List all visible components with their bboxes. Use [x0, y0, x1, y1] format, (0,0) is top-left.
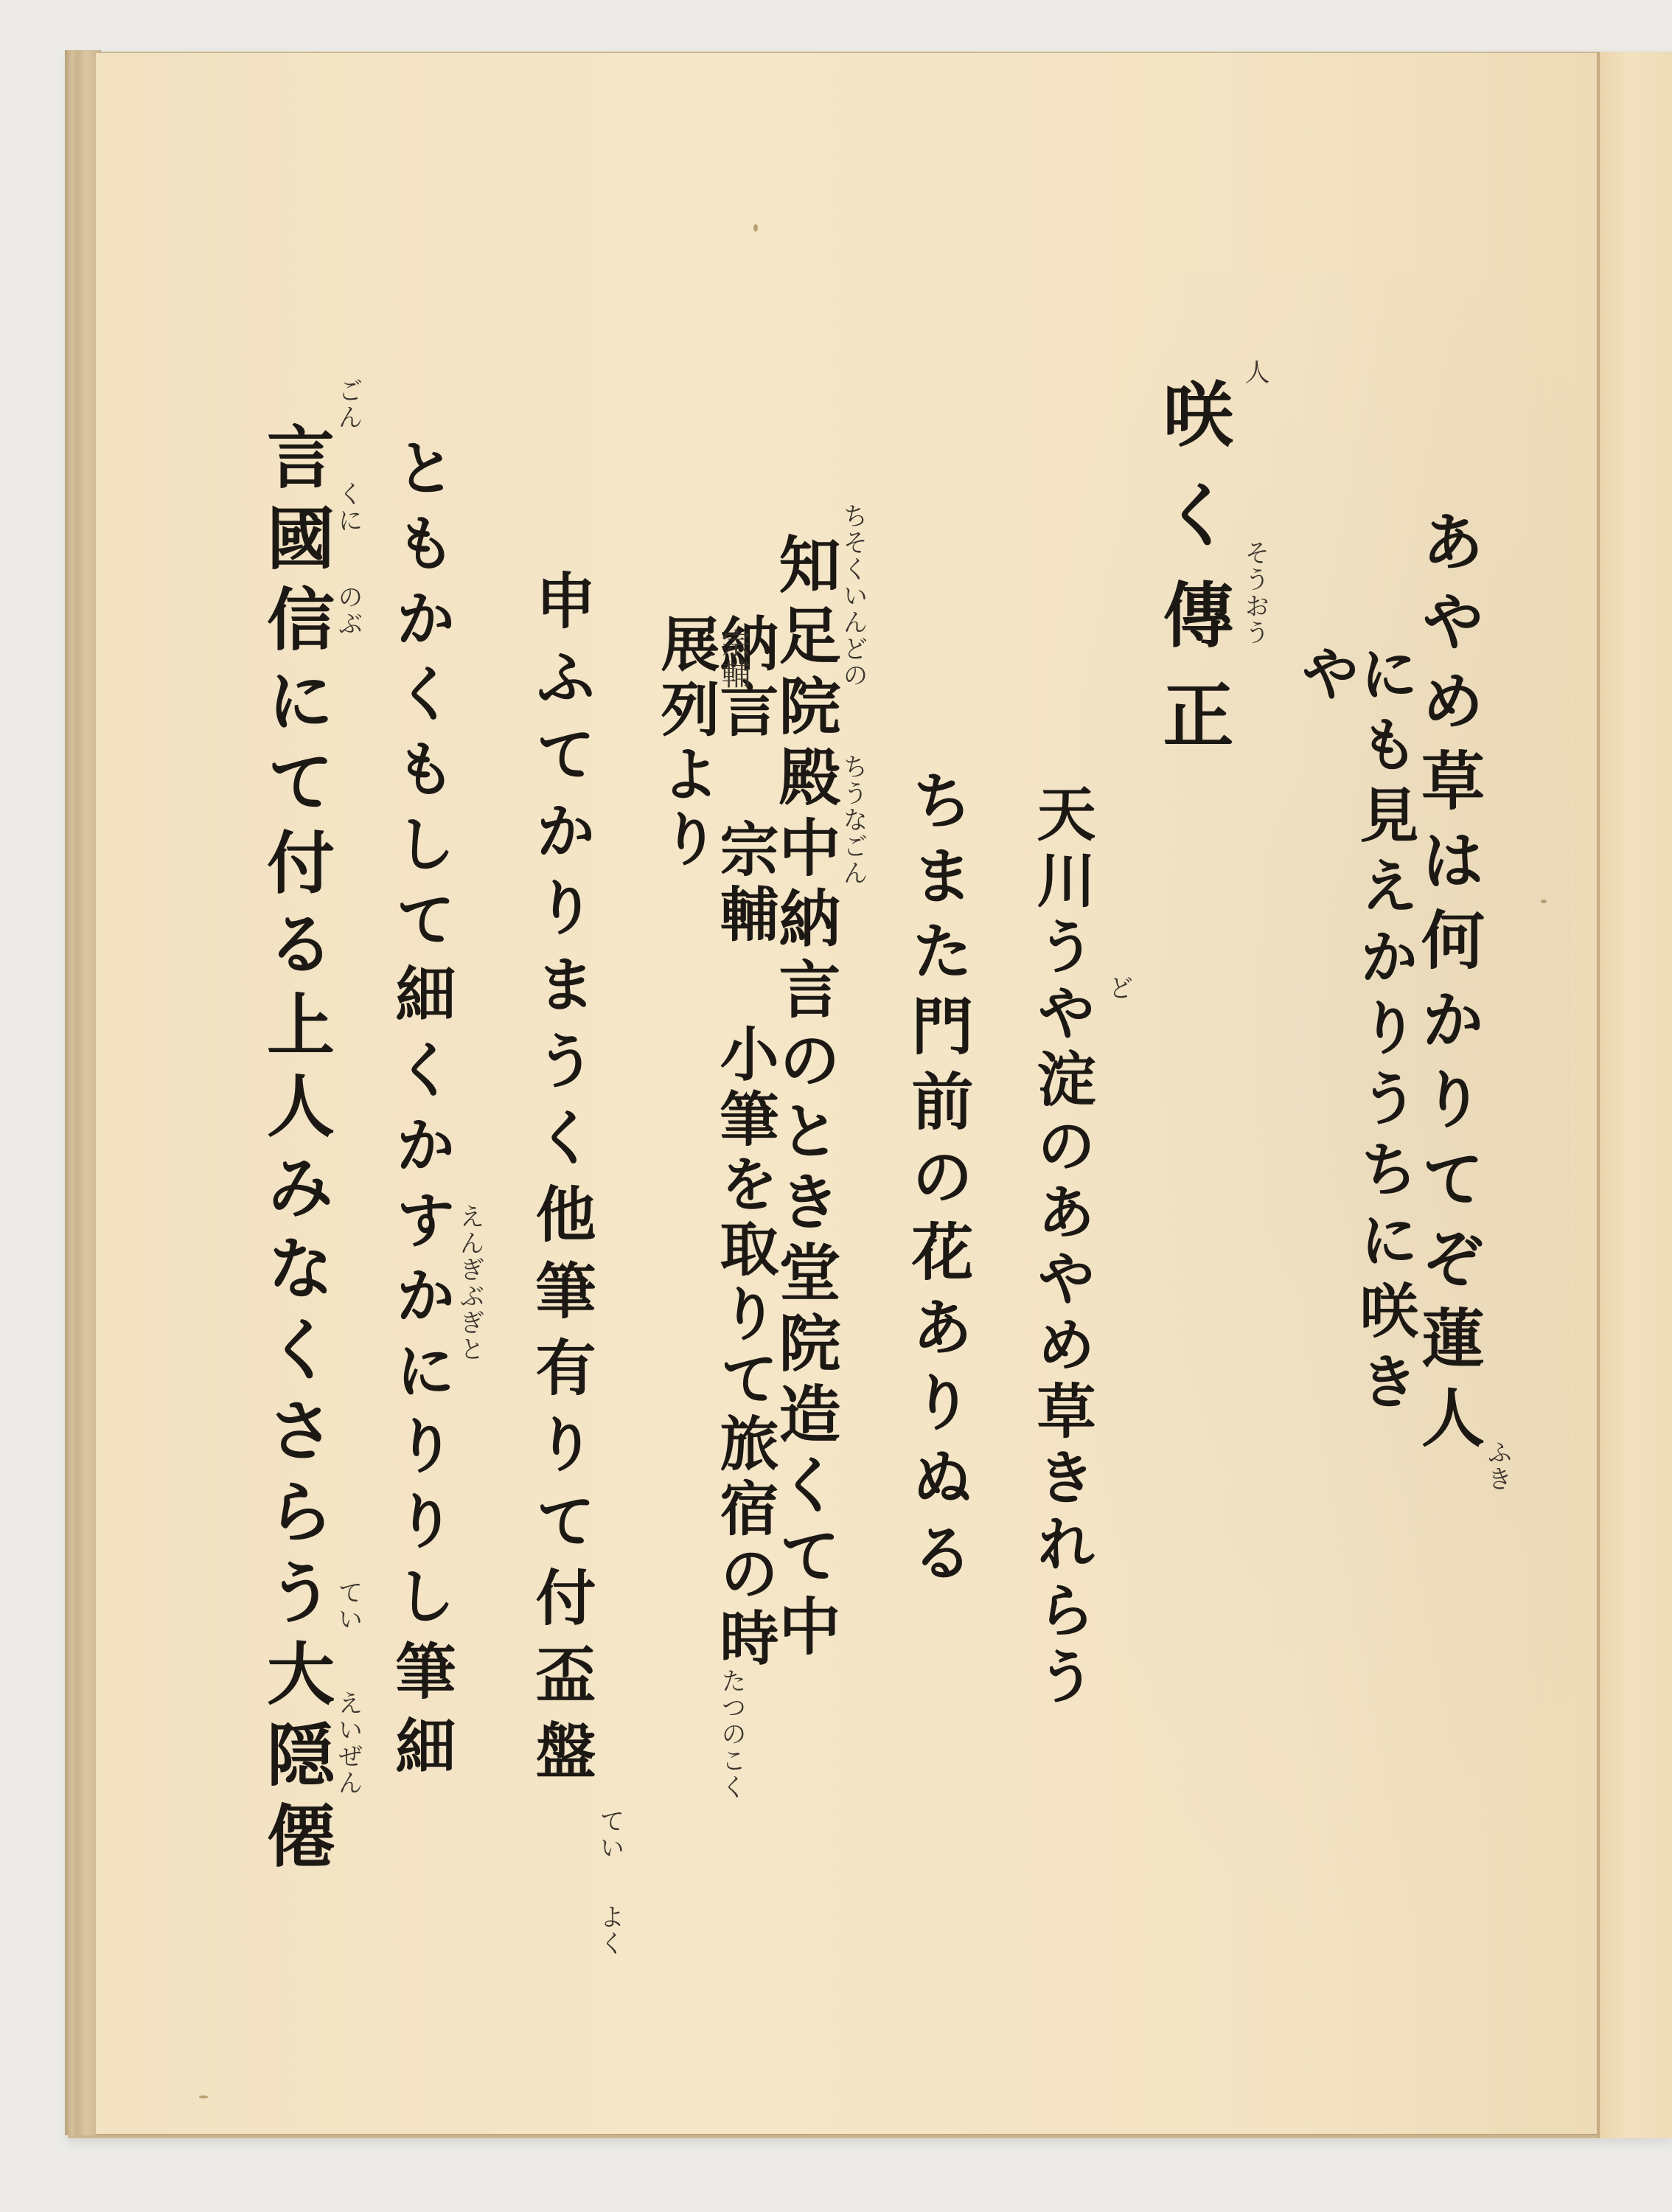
furigana-column-8b: よく: [597, 1904, 622, 1957]
furigana-column-10a: ごん: [335, 378, 360, 431]
furigana-column-10e: えいぜん: [335, 1690, 360, 1796]
manuscript-page: あやめ草は何かりてぞ蓮人 ふき にも見えかりうちに咲きや 咲く傳正 人 そうおう…: [96, 53, 1597, 2135]
text-column-2: にも見えかりうちに咲きや: [1296, 643, 1414, 1476]
furigana-column-10b: くに: [335, 481, 360, 534]
facing-page-edge: [1600, 52, 1672, 2138]
text-column-3: 咲く傳正: [1157, 378, 1228, 805]
text-column-9: ともかくもして細くかすかにりりし筆細: [391, 437, 451, 2044]
furigana-column-3b: そうおう: [1242, 540, 1267, 646]
furigana-column-10c: のぶ: [335, 584, 360, 637]
furigana-column-10d: てい: [335, 1579, 360, 1632]
furigana-column-8a: てい: [597, 1808, 622, 1861]
furigana-column-6a: ちそくいんどの: [840, 503, 865, 689]
paper-speck: [753, 224, 758, 232]
furigana-column-7a: 宗輔: [719, 628, 748, 690]
furigana-column-4: ど: [1106, 975, 1131, 1001]
text-column-1: あやめ草は何かりてぞ蓮人: [1415, 509, 1479, 1541]
furigana-column-9: えんぎぶぎと: [457, 1203, 482, 1363]
furigana-column-6b: ちうなごん: [840, 754, 865, 886]
text-column-4: 天川うや淀のあやめ草きれらう: [1032, 783, 1091, 1742]
furigana-column-1: ふき: [1485, 1439, 1510, 1492]
text-column-10: 言國信にて付る上人みなくさらう大隠僊: [262, 422, 330, 2029]
furigana-column-3a: 人: [1242, 359, 1267, 386]
text-column-8: 申ふてかりまうく他筆有りて付盃盤: [531, 569, 591, 2000]
text-column-7: 納言 宗輔 小筆を取りて旅宿の時展列より: [656, 613, 774, 1734]
text-column-5: ちまた門前の花ありぬる: [907, 768, 969, 1616]
text-column-6: 知足院殿中納言のとき堂院造くて中: [774, 532, 836, 1815]
paper-speck: [1541, 900, 1547, 903]
furigana-column-7b: たつのこく: [719, 1668, 744, 1801]
paper-speck: [199, 2096, 208, 2098]
